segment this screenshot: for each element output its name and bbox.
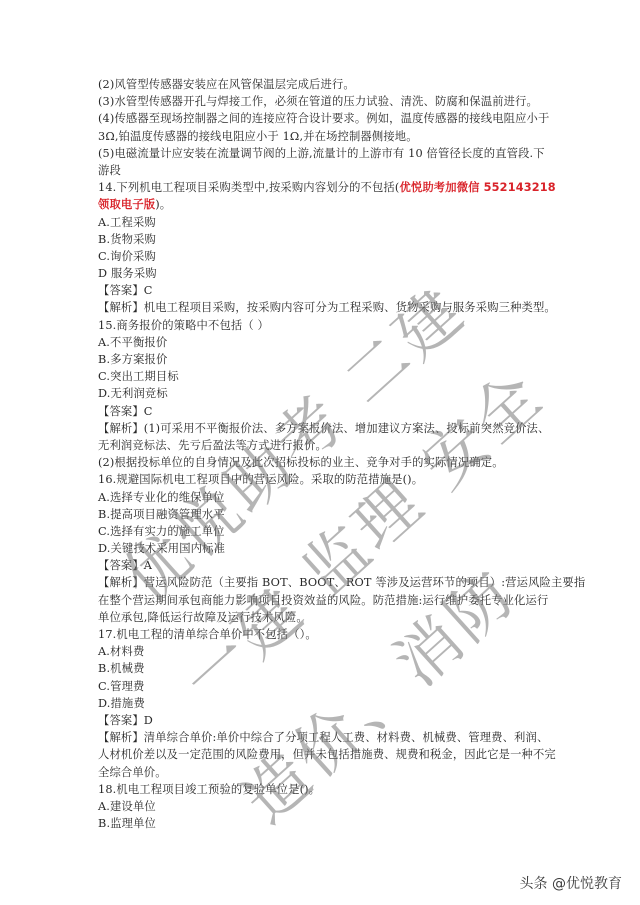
source-attribution: 头条 @优悦教育 (520, 873, 622, 893)
question-15-stem: 15.商务报价的策略中不包括（ ） (98, 317, 568, 334)
option: D 服务采购 (98, 265, 568, 282)
answer: 【答案】D (98, 712, 568, 729)
option: B.监理单位 (98, 815, 568, 832)
question-18-stem: 18.机电工程项目竣工预验的复验单位是()。 (98, 781, 568, 798)
analysis: 【解析】机电工程项目采购，按采购内容可分为工程采购、货物采购与服务采购三种类型。 (98, 299, 568, 316)
analysis: 人材机价差以及一定范围的风险费用，但并未包括措施费、规费和税金，因此它是一种不完 (98, 746, 568, 763)
answer: 【答案】C (98, 282, 568, 299)
analysis: 【解析】营运风险防范（主要指 BOT、BOOT、ROT 等涉及运营环节的项目）:… (98, 574, 568, 591)
option: D.关键技术采用国内标准 (98, 540, 568, 557)
answer: 【答案】C (98, 403, 568, 420)
text-line: (5)电磁流量计应安装在流量调节阀的上游,流量计的上游市有 10 倍管径长度的直… (98, 145, 568, 162)
analysis: 【解析】清单综合单价:单价中综合了分项工程人工费、材料费、机械费、管理费、利润、 (98, 729, 568, 746)
text-line: (3)水管型传感器开孔与焊接工作，必须在管道的压力试验、清洗、防腐和保温前进行。 (98, 93, 568, 110)
question-14-stem: 14.下列机电工程项目采购类型中,按采购内容划分的不包括(优悦助考加微信 552… (98, 179, 568, 213)
option: A.建设单位 (98, 798, 568, 815)
option: A.不平衡报价 (98, 334, 568, 351)
question-17-stem: 17.机电工程的清单综合单价中不包括（）。 (98, 626, 568, 643)
option: D.措施费 (98, 695, 568, 712)
option: B.提高项目融资管理水平 (98, 506, 568, 523)
option: D.无利润竞标 (98, 385, 568, 402)
question-16-stem: 16.规避国际机电工程项目中的营运风险。采取的防范措施是()。 (98, 471, 568, 488)
text-line: 游段 (98, 162, 568, 179)
option: B.机械费 (98, 660, 568, 677)
option: C.管理费 (98, 678, 568, 695)
analysis: 全综合单价。 (98, 764, 568, 781)
option: C.突出工期目标 (98, 368, 568, 385)
option: A.选择专业化的维保单位 (98, 489, 568, 506)
option: A.材料费 (98, 643, 568, 660)
analysis: 【解析】(1)可采用不平衡报价法、多方案报价法、增加建议方案法、投标前突然竞价法… (98, 420, 568, 437)
document-page: (2)风管型传感器安装应在风管保温层完成后进行。 (3)水管型传感器开孔与焊接工… (0, 0, 640, 905)
option: A.工程采购 (98, 214, 568, 231)
answer: 【答案】A (98, 557, 568, 574)
analysis: (2)根据投标单位的自身情况及此次招标投标的业主、竞争对手的实际情况确定。 (98, 454, 568, 471)
option: C.询价采购 (98, 248, 568, 265)
analysis: 在整个营运期间承包商能力影响项目投资效益的风险。防范措施:运行维护委托专业化运行 (98, 592, 568, 609)
text-line: (4)传感器至现场控制器之间的连接应符合设计要求。例如，温度传感器的接线电阻应小… (98, 110, 568, 127)
analysis: 无利润竞标法、先亏后盈法等方式进行报价。 (98, 437, 568, 454)
text-line: 3Ω,铂温度传感器的接线电阻应小于 1Ω,并在场控制器侧接地。 (98, 128, 568, 145)
document-content: (2)风管型传感器安装应在风管保温层完成后进行。 (3)水管型传感器开孔与焊接工… (98, 76, 568, 832)
option: B.多方案报价 (98, 351, 568, 368)
option: B.货物采购 (98, 231, 568, 248)
analysis: 单位承包,降低运行故障及运行技术风险。 (98, 609, 568, 626)
text-line: (2)风管型传感器安装应在风管保温层完成后进行。 (98, 76, 568, 93)
option: C.选择有实力的施工单位 (98, 523, 568, 540)
